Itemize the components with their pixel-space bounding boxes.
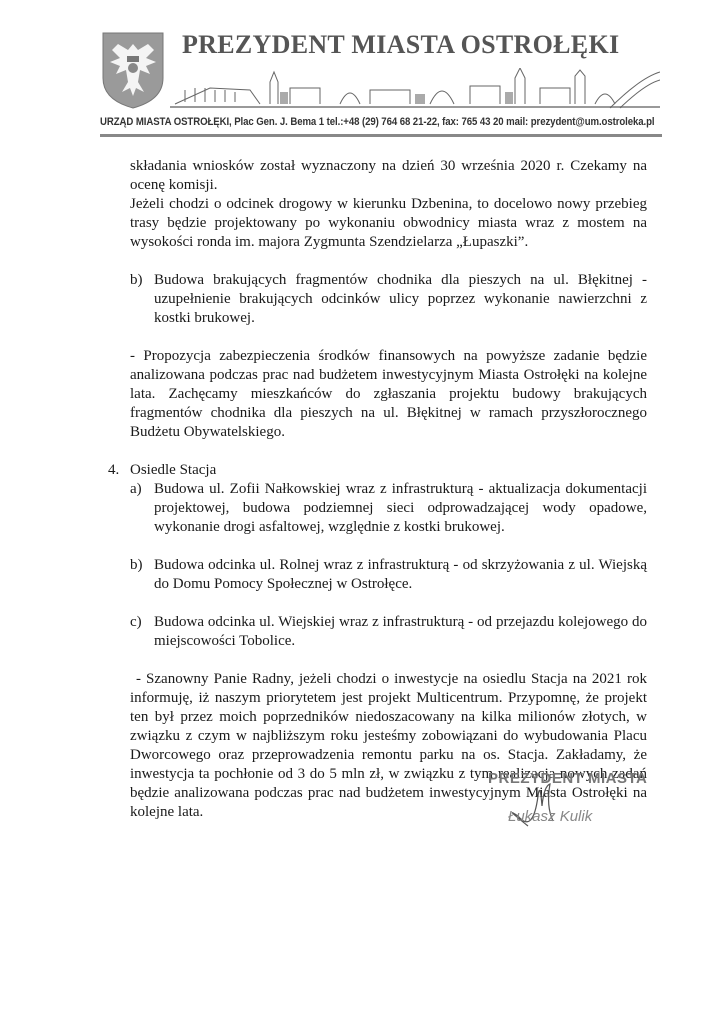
city-skyline-drawing [170,68,660,112]
list-marker: a) [130,480,142,499]
list-item-a-nalkowskiej: a) Budowa ul. Zofii Nałkowskiej wraz z i… [130,480,647,537]
paragraph-dzbenina: Jeżeli chodzi o odcinek drogowy w kierun… [130,195,647,252]
letterhead-address: URZĄD MIASTA OSTROŁĘKI, Plac Gen. J. Bem… [100,116,583,128]
eagle-coat-of-arms-icon [100,30,166,110]
list-marker: b) [130,556,143,575]
list-item-text: Budowa ul. Zofii Nałkowskiej wraz z infr… [154,481,647,535]
section-heading: Osiedle Stacja [130,462,216,478]
list-item-c-wiejskiej: c) Budowa odcinka ul. Wiejskiej wraz z i… [130,613,647,651]
letter-body: składania wniosków został wyznaczony na … [130,157,647,822]
paragraph-funding-proposal: - Propozycja zabezpieczenia środków fina… [130,347,647,442]
list-marker: c) [130,613,142,632]
letterhead: PREZYDENT MIASTA OSTROŁĘKI URZĄD MIASTA … [100,28,660,140]
list-item-text: Budowa odcinka ul. Rolnej wraz z infrast… [154,557,647,592]
letterhead-title: PREZYDENT MIASTA OSTROŁĘKI [182,30,619,60]
handwritten-signature-icon [498,776,578,836]
list-item-b-blekitna: b) Budowa brakujących fragmentów chodnik… [130,271,647,328]
letterhead-divider [100,134,662,137]
list-item-b-rolnej: b) Budowa odcinka ul. Rolnej wraz z infr… [130,556,647,594]
signature-block: PREZYDENT MIASTA Łukasz Kulik [488,770,668,840]
list-marker: b) [130,271,143,290]
signature-name: Łukasz Kulik [508,808,592,825]
section-4-heading: 4. Osiedle Stacja [108,461,647,480]
section-number: 4. [108,461,119,480]
list-item-text: Budowa odcinka ul. Wiejskiej wraz z infr… [154,614,647,649]
list-item-text: Budowa brakujących fragmentów chodnika d… [154,272,647,326]
paragraph-deadline: składania wniosków został wyznaczony na … [130,157,647,195]
